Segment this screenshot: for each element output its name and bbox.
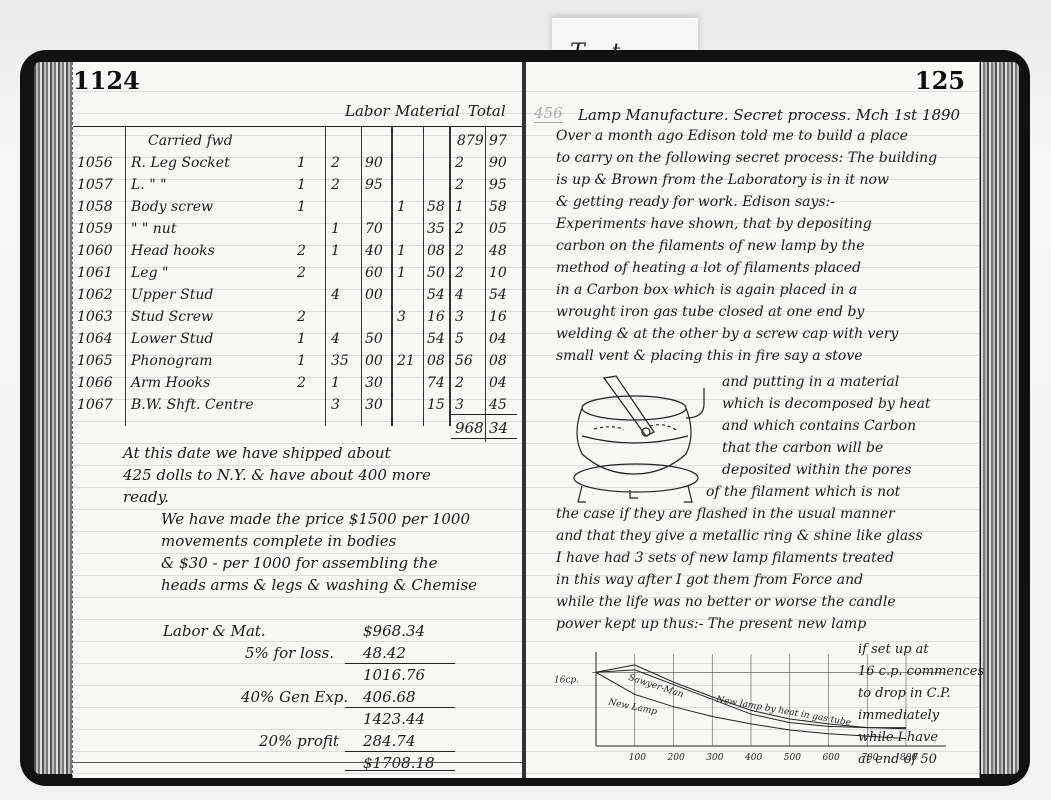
page-bottom-rule — [73, 762, 524, 763]
price-line: heads arms & legs & washing & Chemise — [161, 576, 477, 594]
item-name: B.W. Shft. Centre — [131, 397, 254, 413]
calc-label: 20% profit — [259, 732, 339, 750]
page-edges-right — [981, 62, 1019, 774]
ledger-row: 1056R. Leg Socket1290290 — [73, 152, 524, 174]
ledger-row: 1065Phonogram1350021085608 — [73, 350, 524, 372]
item-qty: 1 — [297, 331, 306, 347]
labor-dollars: 1 — [331, 243, 340, 259]
grand-total-dollars: 968 — [455, 419, 484, 437]
total-cents: 58 — [489, 199, 507, 215]
price-line: & $30 - per 1000 for assembling the — [161, 554, 437, 572]
entry-line: and which contains Carbon — [722, 418, 916, 434]
labor-cents: 70 — [365, 221, 383, 237]
entry-title: Lamp Manufacture. Secret process. Mch 1s… — [578, 106, 960, 124]
item-name: Stud Screw — [131, 309, 213, 325]
ledger-row: 1058Body screw1158158 — [73, 196, 524, 218]
total-cents: 45 — [489, 397, 507, 413]
entry-line: while the life was no better or worse th… — [556, 594, 896, 610]
item-number: 1062 — [77, 287, 113, 303]
total-cents: 95 — [489, 177, 507, 193]
x-tick-label: 400 — [744, 753, 762, 763]
ledger-row: 1062Upper Stud40054454 — [73, 284, 524, 306]
column-header-labor: Labor — [345, 102, 390, 120]
total-dollars: 2 — [455, 177, 464, 193]
item-number: 1061 — [77, 265, 113, 281]
item-name: Lower Stud — [131, 331, 213, 347]
item-number: 1065 — [77, 353, 113, 369]
item-number: 1057 — [77, 177, 113, 193]
total-cents: 04 — [489, 375, 507, 391]
item-number: 1067 — [77, 397, 113, 413]
labor-cents: 90 — [365, 155, 383, 171]
material-cents: 35 — [427, 221, 445, 237]
series-label: Sawyer-Man — [627, 673, 685, 700]
total-dollars: 2 — [455, 243, 464, 259]
total-dollars: 1 — [455, 199, 464, 215]
labor-cents: 30 — [365, 375, 383, 391]
entry-line: & getting ready for work. Edison says:- — [556, 194, 835, 210]
total-cents: 04 — [489, 331, 507, 347]
ledger-row: 1064Lower Stud145054504 — [73, 328, 524, 350]
entry-line: to carry on the following secret process… — [556, 150, 937, 166]
material-cents: 58 — [427, 199, 445, 215]
item-qty: 2 — [297, 265, 306, 281]
entry-line: which is decomposed by heat — [722, 396, 931, 412]
price-line: We have made the price $1500 per 1000 — [161, 510, 470, 528]
chart-note: if set up at — [858, 642, 929, 657]
ledger-row-carried: Carried fwd 879 97 — [73, 130, 524, 152]
entry-line: Experiments have shown, that by depositi… — [556, 216, 872, 232]
x-tick-label: 500 — [784, 753, 801, 763]
material-cents: 74 — [427, 375, 445, 391]
item-name: " " nut — [131, 221, 176, 237]
calc-value: 284.74 — [363, 732, 416, 750]
entry-line: that the carbon will be — [722, 440, 883, 456]
entry-line: the case if they are flashed in the usua… — [556, 506, 895, 522]
total-dollars: 2 — [455, 221, 464, 237]
labor-dollars: 35 — [331, 353, 349, 369]
item-number: 1056 — [77, 155, 113, 171]
material-cents: 08 — [427, 353, 445, 369]
price-line: movements complete in bodies — [161, 532, 396, 550]
calc-value: 48.42 — [363, 644, 406, 662]
item-qty: 2 — [297, 309, 306, 325]
labor-cents: 40 — [365, 243, 383, 259]
page-number: 1124 — [73, 66, 140, 95]
total-cents: 10 — [489, 265, 507, 281]
material-cents: 16 — [427, 309, 445, 325]
x-tick-label: 200 — [667, 753, 685, 763]
item-qty: 1 — [297, 199, 306, 215]
total-dollars: 5 — [455, 331, 464, 347]
total-cents: 90 — [489, 155, 507, 171]
margin-number: 456 — [534, 104, 563, 123]
item-qty: 1 — [297, 353, 306, 369]
calc-value: 1016.76 — [363, 666, 425, 684]
total-cents: 97 — [489, 133, 507, 149]
total-dollars: 2 — [455, 375, 464, 391]
calc-value: 1423.44 — [363, 710, 425, 728]
material-cents: 54 — [427, 331, 445, 347]
material-dollars: 1 — [397, 265, 406, 281]
right-page: 125 456 Lamp Manufacture. Secret process… — [526, 62, 980, 778]
labor-cents: 50 — [365, 331, 383, 347]
sum-rule — [345, 770, 455, 771]
material-cents: 54 — [427, 287, 445, 303]
ledger-row: 1066Arm Hooks213074204 — [73, 372, 524, 394]
x-tick-label: 100 — [629, 753, 646, 763]
chart-note: at end of 50 — [858, 752, 937, 767]
item-name: Body screw — [131, 199, 213, 215]
entry-line: in this way after I got them from Force … — [556, 572, 863, 588]
material-dollars: 1 — [397, 199, 406, 215]
calc-label: 5% for loss. — [245, 644, 334, 662]
material-cents: 15 — [427, 397, 445, 413]
total-dollars: 2 — [455, 155, 464, 171]
labor-cents: 00 — [365, 353, 383, 369]
calc-label: 40% Gen Exp. — [241, 688, 348, 706]
material-dollars: 3 — [397, 309, 406, 325]
column-header-material: Material — [395, 102, 460, 120]
entry-line: welding & at the other by a screw cap wi… — [556, 326, 898, 342]
labor-dollars: 3 — [331, 397, 340, 413]
page-edges-left — [34, 62, 72, 774]
labor-dollars: 4 — [331, 331, 340, 347]
material-dollars: 21 — [397, 353, 415, 369]
total-rule — [451, 414, 517, 415]
ledger-row: 1057L. " "1295295 — [73, 174, 524, 196]
item-name: Head hooks — [131, 243, 215, 259]
entry-line: small vent & placing this in fire say a … — [556, 348, 863, 364]
entry-line: of the filament which is not — [706, 484, 900, 500]
series-label: New lamp by heat in gas tube — [714, 695, 851, 729]
y-reference-label: 16cp. — [554, 675, 579, 685]
labor-cents: 95 — [365, 177, 383, 193]
column-header-total: Total — [468, 102, 506, 120]
ledger-row: 1067B.W. Shft. Centre33015345 — [73, 394, 524, 416]
entry-line: is up & Brown from the Laboratory is in … — [556, 172, 889, 188]
pot-on-stove-drawing — [564, 374, 724, 504]
calc-value: $968.34 — [363, 622, 425, 640]
item-number: 1064 — [77, 331, 113, 347]
entry-line: deposited within the pores — [722, 462, 912, 478]
labor-dollars: 1 — [331, 221, 340, 237]
total-cents: 54 — [489, 287, 507, 303]
labor-cents: 00 — [365, 287, 383, 303]
ledger-grand-total: 968 34 — [73, 416, 524, 438]
labor-cents: 30 — [365, 397, 383, 413]
material-dollars: 1 — [397, 243, 406, 259]
entry-line: in a Carbon box which is again placed in… — [556, 282, 857, 298]
item-name: Phonogram — [131, 353, 213, 369]
total-dollars: 2 — [455, 265, 464, 281]
item-name: R. Leg Socket — [131, 155, 230, 171]
total-dollars: 4 — [455, 287, 464, 303]
carried-label: Carried fwd — [148, 133, 233, 149]
item-number: 1060 — [77, 243, 113, 259]
chart-note: 16 c.p. commences — [858, 664, 984, 679]
calc-value: 406.68 — [363, 688, 416, 706]
total-dollars: 56 — [455, 353, 473, 369]
x-tick-label: 300 — [706, 753, 723, 763]
item-number: 1066 — [77, 375, 113, 391]
labor-dollars: 2 — [331, 177, 340, 193]
stove-sketch — [564, 374, 724, 504]
entry-line: Over a month ago Edison told me to build… — [556, 128, 908, 144]
entry-line: and putting in a material — [722, 374, 899, 390]
entry-line: carbon on the filaments of new lamp by t… — [556, 238, 865, 254]
chart-note: to drop in C.P. — [858, 686, 951, 701]
item-name: Leg " — [131, 265, 168, 281]
x-tick-label: 600 — [823, 753, 840, 763]
item-qty: 1 — [297, 155, 306, 171]
item-name: Arm Hooks — [131, 375, 210, 391]
entry-line: method of heating a lot of filaments pla… — [556, 260, 861, 276]
labor-dollars: 4 — [331, 287, 340, 303]
total-rule — [451, 438, 517, 439]
note-line: ready. — [123, 488, 169, 506]
item-qty: 2 — [297, 243, 306, 259]
total-cents: 48 — [489, 243, 507, 259]
note-line: At this date we have shipped about — [123, 444, 391, 462]
item-qty: 2 — [297, 375, 306, 391]
left-page: 1124 Labor Material Total Carried fwd 87… — [72, 62, 524, 778]
total-cents: 05 — [489, 221, 507, 237]
total-dollars: 879 — [457, 133, 484, 149]
calc-label: Labor & Mat. — [163, 622, 266, 640]
series-label: New Lamp — [606, 697, 658, 717]
total-cents: 16 — [489, 309, 507, 325]
ledger-row: 1059" " nut17035205 — [73, 218, 524, 240]
sum-rule — [345, 663, 455, 664]
entry-line: I have had 3 sets of new lamp filaments … — [556, 550, 894, 566]
total-cents: 08 — [489, 353, 507, 369]
ledger-row: 1063Stud Screw2316316 — [73, 306, 524, 328]
item-name: Upper Stud — [131, 287, 213, 303]
item-name: L. " " — [131, 177, 167, 193]
ledger-row: 1060Head hooks2140108248 — [73, 240, 524, 262]
note-line: 425 dolls to N.Y. & have about 400 more — [123, 466, 431, 484]
item-number: 1063 — [77, 309, 113, 325]
material-cents: 08 — [427, 243, 445, 259]
sum-rule — [345, 707, 455, 708]
grand-total-cents: 34 — [489, 419, 508, 437]
page-number: 125 — [915, 66, 965, 95]
labor-dollars: 2 — [331, 155, 340, 171]
ledger-row: 1061Leg "260150210 — [73, 262, 524, 284]
entry-line: power kept up thus:- The present new lam… — [556, 616, 866, 632]
item-number: 1059 — [77, 221, 113, 237]
labor-cents: 60 — [365, 265, 383, 281]
labor-dollars: 1 — [331, 375, 340, 391]
sum-rule — [345, 751, 455, 752]
item-number: 1058 — [77, 199, 113, 215]
entry-line: and that they give a metallic ring & shi… — [556, 528, 923, 544]
entry-line: wrought iron gas tube closed at one end … — [556, 304, 864, 320]
ledger-header-rule — [73, 126, 524, 127]
material-cents: 50 — [427, 265, 445, 281]
item-qty: 1 — [297, 177, 306, 193]
chart-note: while I have — [858, 730, 938, 745]
total-dollars: 3 — [455, 397, 464, 413]
chart-note: immediately — [858, 708, 939, 723]
total-dollars: 3 — [455, 309, 464, 325]
